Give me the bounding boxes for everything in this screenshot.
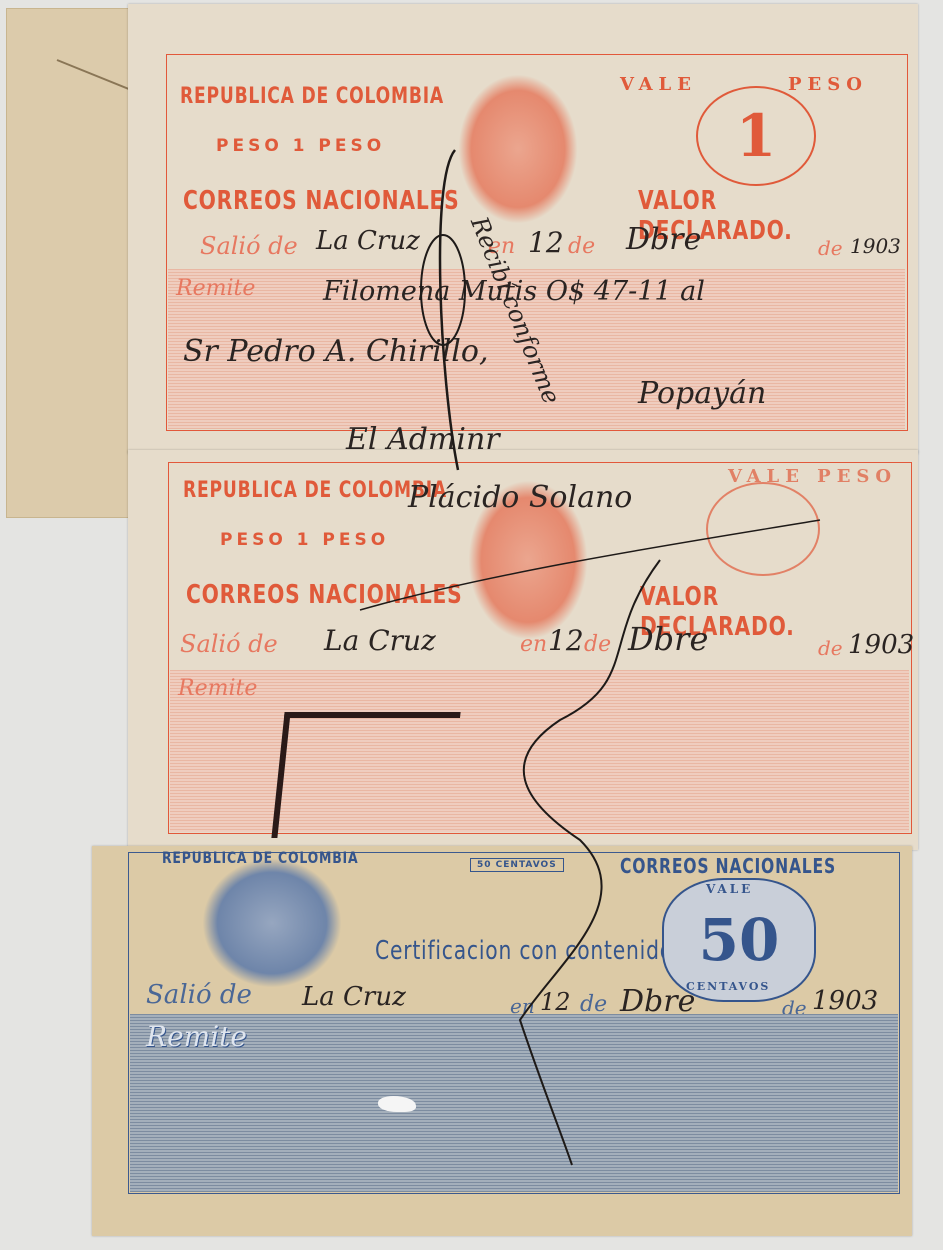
month-value: Dbre <box>628 620 708 658</box>
day-value: 12 <box>528 226 564 259</box>
day-value: 12 <box>540 988 571 1016</box>
remite-label: Remite <box>178 676 257 701</box>
form-middle: REPUBLICA DE COLOMBIA PESO 1 PESO CORREO… <box>128 450 918 850</box>
year-value: 1903 <box>850 234 901 258</box>
month-value: Dbre <box>626 222 701 257</box>
salio-value: La Cruz <box>324 624 436 657</box>
salio-label: Salió de <box>180 630 278 658</box>
en-label: en <box>520 632 547 657</box>
salio-label: Salió de <box>200 232 298 260</box>
coat-of-arms-icon <box>202 858 342 988</box>
denomination-peso: PESO 1 PESO <box>216 136 385 156</box>
medal-bottom-label: CENTAVOS <box>686 980 770 993</box>
paper-tear <box>378 1096 416 1112</box>
denomination-peso: PESO 1 PESO <box>220 530 389 550</box>
coat-of-arms-icon <box>458 74 578 224</box>
title-correos: CORREOS NACIONALES <box>183 186 460 216</box>
year-label: de <box>818 636 843 660</box>
remite-line-2: Sr Pedro A. Chirillo, <box>183 334 489 369</box>
salio-value: La Cruz <box>316 226 420 256</box>
year-label: de <box>818 236 843 260</box>
medal-value: 50 <box>699 906 780 974</box>
envelope-backing <box>6 8 148 518</box>
medal-top-label: VALE <box>706 882 753 896</box>
form-top: REPUBLICA DE COLOMBIA PESO 1 PESO CORREO… <box>128 4 918 454</box>
small-value-label: 50 CENTAVOS <box>470 858 564 872</box>
form-bottom: REPUBLICA DE COLOMBIA 50 CENTAVOS CORREO… <box>92 846 912 1236</box>
year-value: 1903 <box>848 630 914 660</box>
header-republica: REPUBLICA DE COLOMBIA <box>180 84 444 109</box>
remite-line-3: Popayán <box>638 376 766 411</box>
value-medallion: 1 <box>696 86 816 186</box>
de-label: de <box>584 632 611 657</box>
remite-label: Remite <box>176 276 255 301</box>
de-label: de <box>568 234 595 259</box>
salio-label: Salió de <box>146 980 252 1010</box>
year-value: 1903 <box>812 986 878 1016</box>
header-correos: CORREOS NACIONALES <box>620 854 836 878</box>
header-peso: PESO <box>788 74 868 95</box>
header-vale: VALE <box>620 74 697 95</box>
remite-label: Remite <box>146 1020 247 1053</box>
title-certificacion: Certificacion con contenido <box>375 936 673 966</box>
salio-value: La Cruz <box>302 982 406 1012</box>
title-correos: CORREOS NACIONALES <box>186 580 463 610</box>
cancellation-stamp <box>271 712 460 838</box>
day-value: 12 <box>548 624 584 657</box>
value-medallion <box>706 482 820 576</box>
signature-placido: Plácido Solano <box>408 480 632 515</box>
